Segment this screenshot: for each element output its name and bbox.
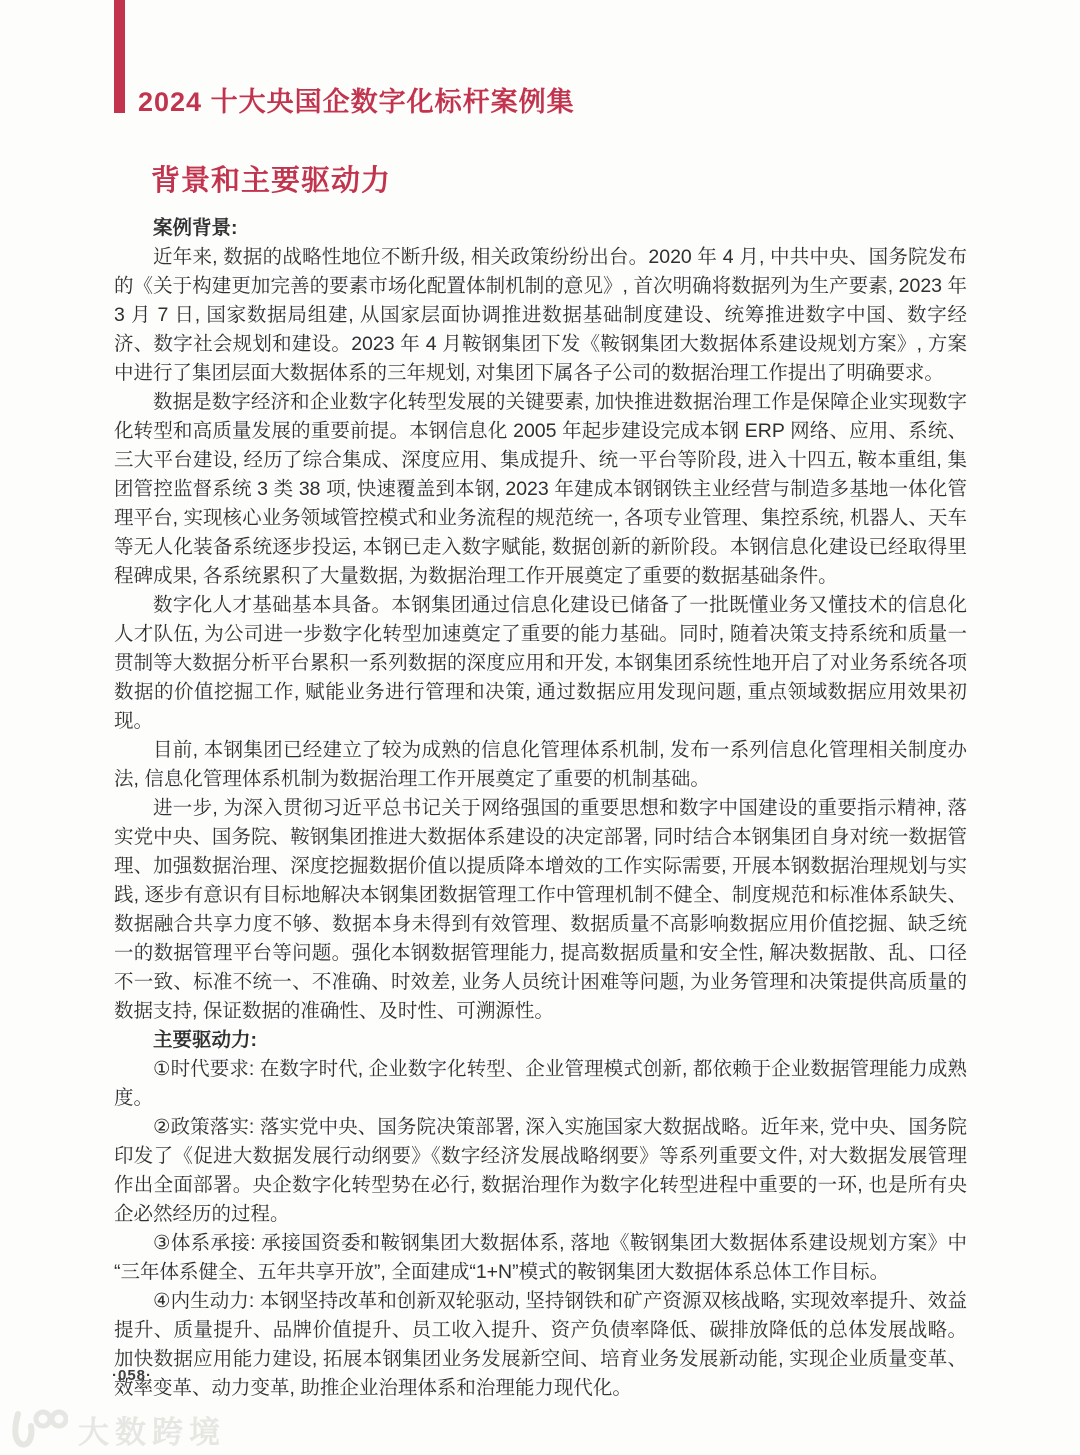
watermark-text: 大数跨境: [78, 1407, 226, 1452]
background-paragraph-3: 数字化人才基础基本具备。本钢集团通过信息化建设已储备了一批既懂业务又懂技术的信息…: [114, 591, 967, 736]
main-drivers-label: 主要驱动力:: [114, 1026, 967, 1055]
document-page: 2024 十大央国企数字化标杆案例集 背景和主要驱动力 案例背景: 近年来, 数…: [0, 0, 1080, 1455]
background-paragraph-2: 数据是数字经济和企业数字化转型发展的关键要素, 加快推进数据治理工作是保障企业实…: [114, 388, 967, 591]
booklet-title: 2024 十大央国企数字化标杆案例集: [138, 80, 575, 119]
background-paragraph-1: 近年来, 数据的战略性地位不断升级, 相关政策纷纷出台。2020 年 4 月, …: [114, 243, 967, 388]
driver-item-4: ④内生动力: 本钢坚持改革和创新双轮驱动, 坚持钢铁和矿产资源双核战略, 实现效…: [114, 1287, 967, 1403]
driver-item-3: ③体系承接: 承接国资委和鞍钢集团大数据体系, 落地《鞍钢集团大数据体系建设规划…: [114, 1229, 967, 1287]
background-paragraph-4: 目前, 本钢集团已经建立了较为成熟的信息化管理体系机制, 发布一系列信息化管理相…: [114, 736, 967, 794]
page-number: ·058·: [112, 1367, 152, 1384]
watermark: 大数跨境: [8, 1406, 226, 1452]
watermark-logo-icon: [8, 1406, 68, 1452]
background-paragraph-5: 进一步, 为深入贯彻习近平总书记关于网络强国的重要思想和数字中国建设的重要指示精…: [114, 794, 967, 1026]
body-content: 案例背景: 近年来, 数据的战略性地位不断升级, 相关政策纷纷出台。2020 年…: [114, 214, 967, 1403]
driver-item-1: ①时代要求: 在数字时代, 企业数字化转型、企业管理模式创新, 都依赖于企业数据…: [114, 1055, 967, 1113]
section-title: 背景和主要驱动力: [151, 158, 391, 199]
red-accent-bar: [114, 0, 125, 113]
case-background-label: 案例背景:: [114, 214, 967, 243]
driver-item-2: ②政策落实: 落实党中央、国务院决策部署, 深入实施国家大数据战略。近年来, 党…: [114, 1113, 967, 1229]
